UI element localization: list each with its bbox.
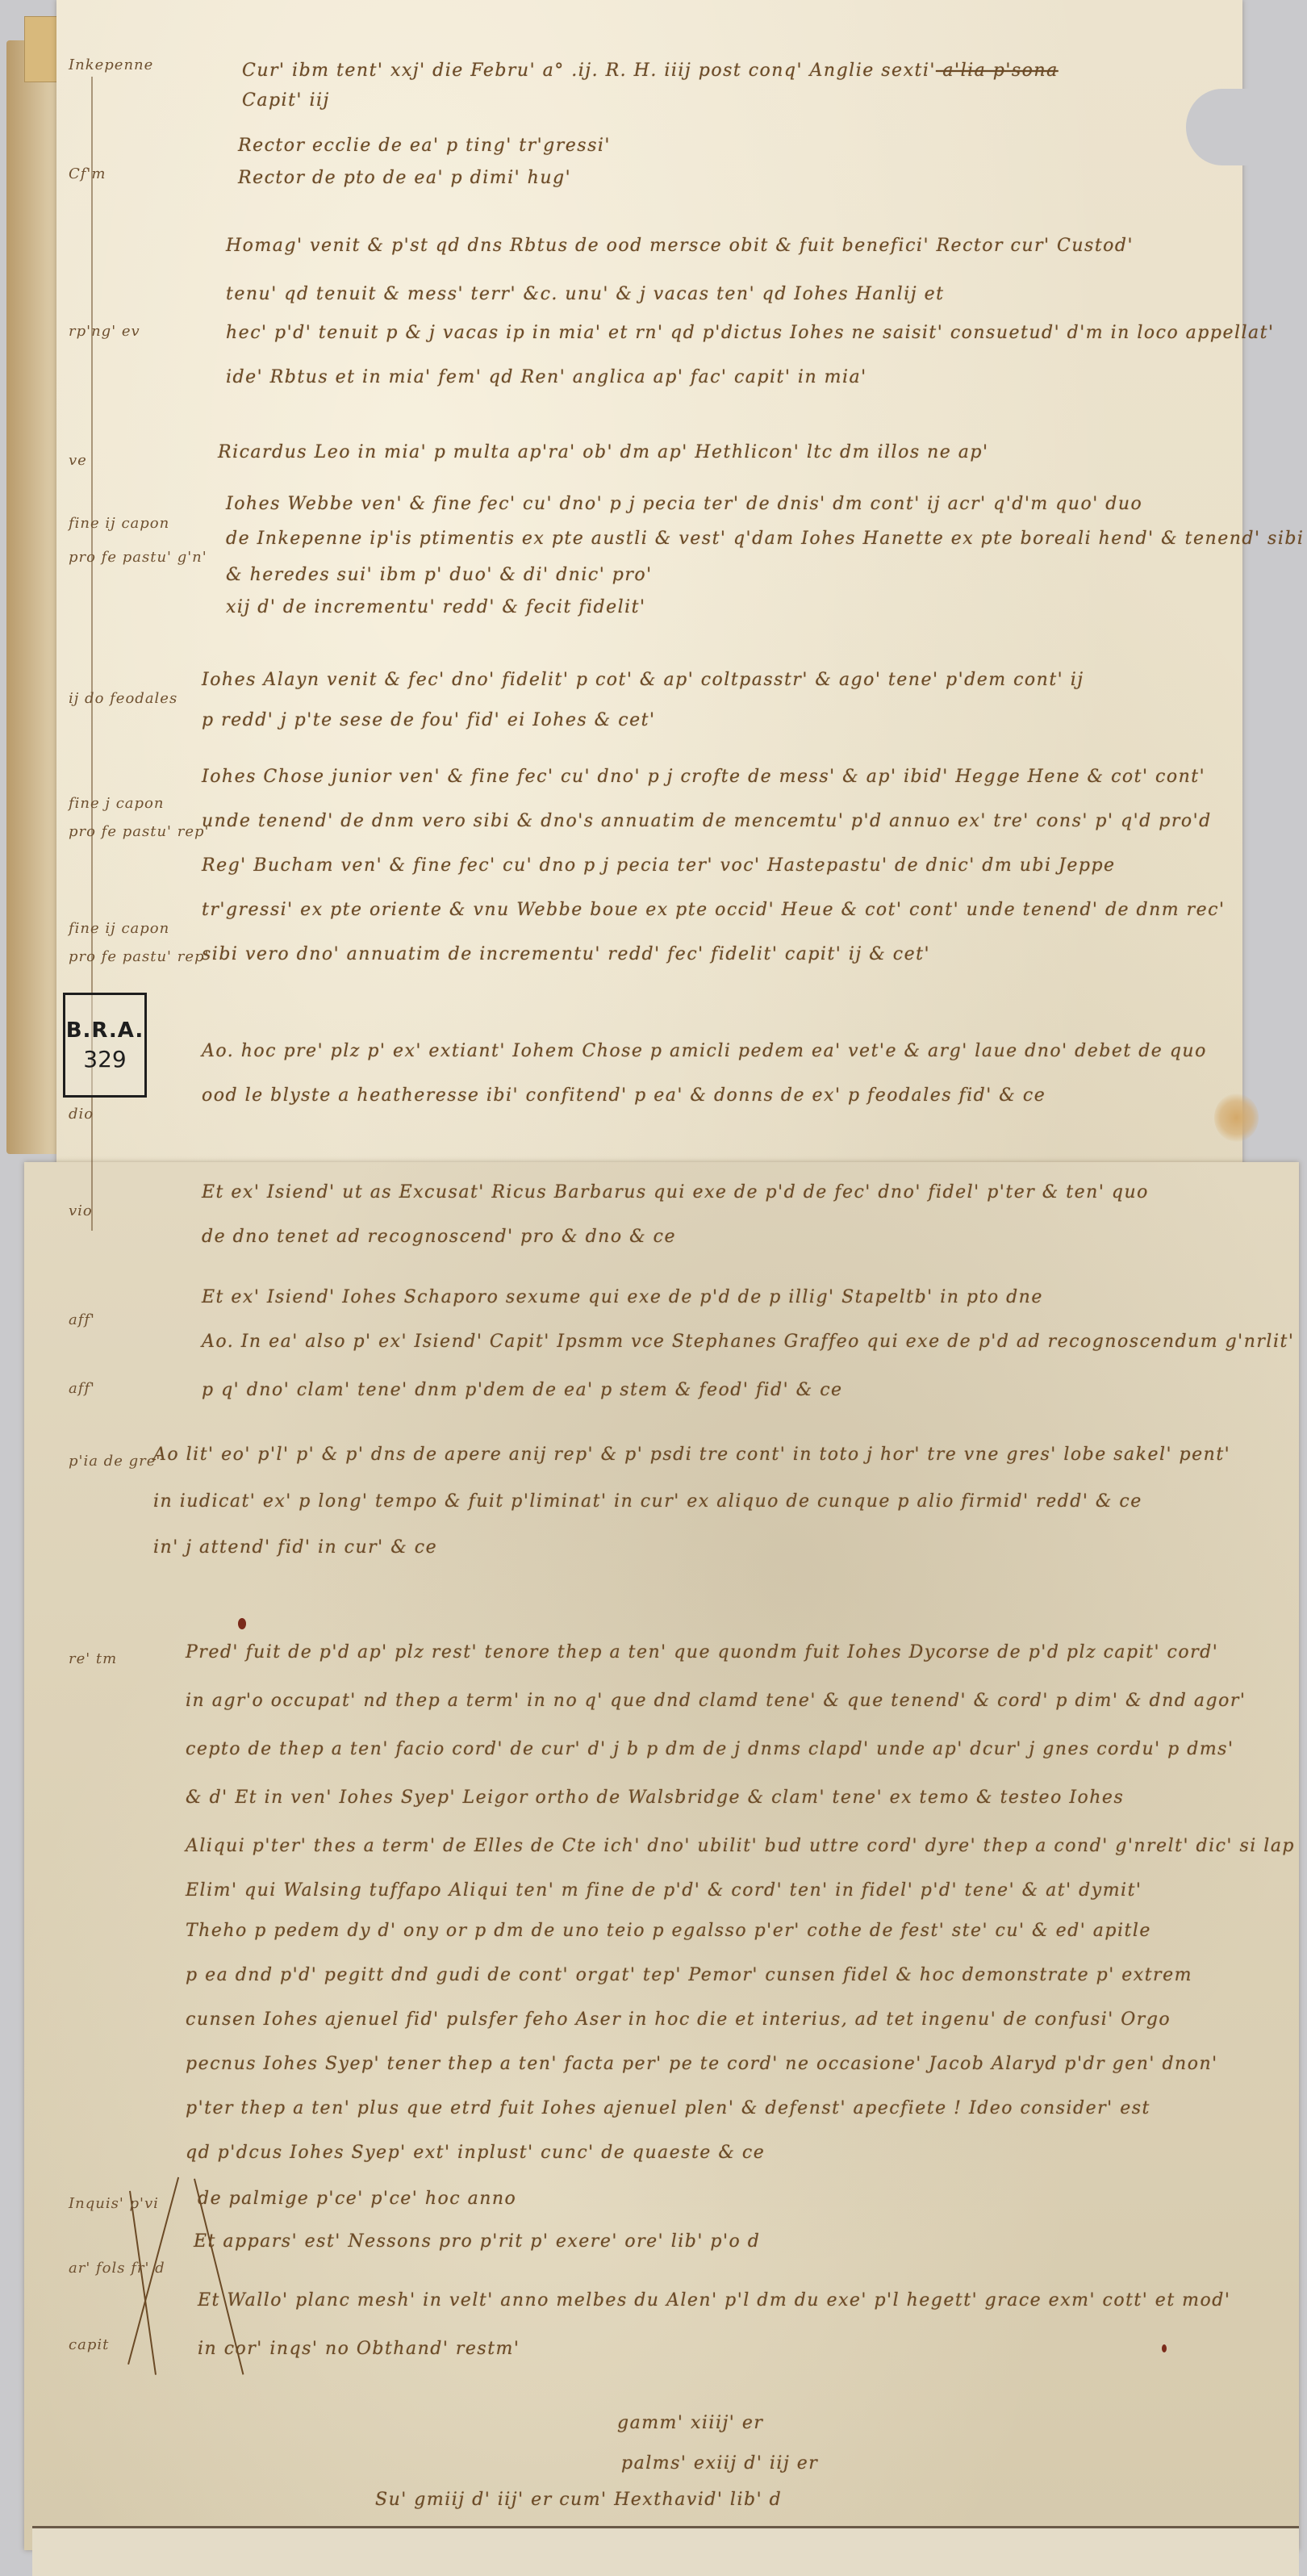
manuscript-line: Et ex' Isiend' ut as Excusat' Ricus Barb… bbox=[202, 1182, 1149, 1202]
manuscript-line: Iohes Chose junior ven' & fine fec' cu' … bbox=[202, 767, 1205, 787]
line-text: Ao. hoc pre' plz p' ex' extiant' Iohem C… bbox=[202, 1041, 1207, 1061]
margin-note: fine ij capon bbox=[69, 515, 169, 532]
manuscript-line: Rector ecclie de ea' p ting' tr'gressi' bbox=[238, 136, 611, 156]
margin-note: ij do feodales bbox=[69, 690, 177, 707]
manuscript-line: Ao lit' eo' p'l' p' & p' dns de apere an… bbox=[153, 1445, 1230, 1465]
manuscript-line: p ea dnd p'd' pegitt dnd gudi de cont' o… bbox=[186, 1965, 1192, 1985]
manuscript-line: qd p'dcus Iohes Syep' ext' inplust' cunc… bbox=[186, 2143, 765, 2163]
manuscript-line: xij d' de incrementu' redd' & fecit fide… bbox=[226, 597, 646, 617]
stain-spot bbox=[1214, 1094, 1259, 1142]
manuscript-line: in iudicat' ex' p long' tempo & fuit p'l… bbox=[153, 1491, 1142, 1512]
line-text: Capit' iij bbox=[242, 90, 330, 111]
manuscript-line: Iohes Alayn venit & fec' dno' fidelit' p… bbox=[202, 670, 1084, 690]
line-text: Et ex' Isiend' Iohes Schaporo sexume qui… bbox=[202, 1287, 1043, 1307]
manuscript-line: p'ter thep a ten' plus que etrd fuit Ioh… bbox=[186, 2098, 1150, 2118]
manuscript-line: p q' dno' clam' tene' dnm p'dem de ea' p… bbox=[202, 1380, 843, 1400]
margin-note: pro fe pastu' g'n' bbox=[69, 549, 207, 566]
line-text: Ricardus Leo in mia' p multa ap'ra' ob' … bbox=[218, 442, 989, 462]
line-text: Et Wallo' planc mesh' in velt' anno melb… bbox=[198, 2290, 1230, 2310]
manuscript-line: Elim' qui Walsing tuffapo Aliqui ten' m … bbox=[186, 1880, 1142, 1901]
line-text: de dno tenet ad recognoscend' pro & dno … bbox=[202, 1227, 676, 1247]
line-text: hec' p'd' tenuit p & j vacas ip in mia' … bbox=[226, 323, 1275, 343]
line-text: pecnus Iohes Syep' tener thep a ten' fac… bbox=[186, 2054, 1218, 2074]
manuscript-line: in' j attend' fid' in cur' & ce bbox=[153, 1537, 437, 1558]
line-text: de Inkepenne ip'is ptimentis ex pte aust… bbox=[226, 529, 1304, 549]
manuscript-line: tr'gressi' ex pte oriente & vnu Webbe bo… bbox=[202, 900, 1226, 920]
manuscript-line: Et appars' est' Nessons pro p'rit p' exe… bbox=[194, 2231, 760, 2252]
manuscript-line: Homag' venit & p'st qd dns Rbtus de ood … bbox=[226, 236, 1134, 256]
line-text: Et ex' Isiend' ut as Excusat' Ricus Barb… bbox=[202, 1182, 1149, 1202]
manuscript-line: pecnus Iohes Syep' tener thep a ten' fac… bbox=[186, 2054, 1218, 2074]
manuscript-line: Et Wallo' planc mesh' in velt' anno melb… bbox=[198, 2290, 1230, 2310]
line-text: Homag' venit & p'st qd dns Rbtus de ood … bbox=[226, 236, 1134, 256]
line-text: Ao. In ea' also p' ex' Isiend' Capit' Ip… bbox=[202, 1332, 1294, 1352]
line-text: cunsen Iohes ajenuel fid' pulsfer feho A… bbox=[186, 2009, 1171, 2030]
line-text: in' j attend' fid' in cur' & ce bbox=[153, 1537, 437, 1558]
line-text: Iohes Alayn venit & fec' dno' fidelit' p… bbox=[202, 670, 1084, 690]
margin-note: aff' bbox=[69, 1311, 95, 1328]
manuscript-line: Ao. hoc pre' plz p' ex' extiant' Iohem C… bbox=[202, 1041, 1207, 1061]
margin-note: Inquis' p'vi bbox=[69, 2195, 159, 2212]
line-text: p ea dnd p'd' pegitt dnd gudi de cont' o… bbox=[186, 1965, 1192, 1985]
line-text: & d' Et in ven' Iohes Syep' Leigor ortho… bbox=[186, 1788, 1124, 1808]
line-text: Iohes Webbe ven' & fine fec' cu' dno' p … bbox=[226, 494, 1142, 514]
line-text: gamm' xiiij' er bbox=[617, 2413, 763, 2433]
line-text: unde tenend' de dnm vero sibi & dno's an… bbox=[202, 811, 1212, 831]
margin-note: re' tm bbox=[69, 1650, 117, 1667]
manuscript-line: ide' Rbtus et in mia' fem' qd Ren' angli… bbox=[226, 367, 867, 387]
line-text: palms' exiij d' iij er bbox=[621, 2453, 818, 2474]
manuscript-line: sibi vero dno' annuatim de incrementu' r… bbox=[202, 944, 930, 964]
line-text: p q' dno' clam' tene' dnm p'dem de ea' p… bbox=[202, 1380, 843, 1400]
manuscript-line: gamm' xiiij' er bbox=[617, 2413, 763, 2433]
line-text: cepto de thep a ten' facio cord' de cur'… bbox=[186, 1739, 1234, 1759]
margin-note: ar' fols fr' d bbox=[69, 2260, 165, 2277]
manuscript-line: in agr'o occupat' nd thep a term' in no … bbox=[186, 1691, 1246, 1711]
margin-note: dio bbox=[69, 1106, 94, 1123]
line-text: in iudicat' ex' p long' tempo & fuit p'l… bbox=[153, 1491, 1142, 1512]
manuscript-line: Reg' Bucham ven' & fine fec' cu' dno p j… bbox=[202, 855, 1116, 876]
manuscript-line: cepto de thep a ten' facio cord' de cur'… bbox=[186, 1739, 1234, 1759]
line-text: sibi vero dno' annuatim de incrementu' r… bbox=[202, 944, 930, 964]
manuscript-line: Ao. In ea' also p' ex' Isiend' Capit' Ip… bbox=[202, 1332, 1294, 1352]
line-text: Cur' ibm tent' xxj' die Febru' a° .ij. R… bbox=[242, 61, 936, 81]
manuscript-line: de dno tenet ad recognoscend' pro & dno … bbox=[202, 1227, 676, 1247]
manuscript-line: Iohes Webbe ven' & fine fec' cu' dno' p … bbox=[226, 494, 1142, 514]
line-text: tenu' qd tenuit & mess' terr' &c. unu' &… bbox=[226, 284, 944, 304]
archive-stamp: B.R.A. 329 bbox=[63, 993, 147, 1098]
manuscript-line: in cor' inqs' no Obthand' restm' bbox=[198, 2339, 520, 2359]
line-text: de palmige p'ce' p'ce' hoc anno bbox=[198, 2189, 516, 2209]
manuscript-line: Et ex' Isiend' Iohes Schaporo sexume qui… bbox=[202, 1287, 1043, 1307]
margin-note: ve bbox=[69, 452, 87, 469]
margin-note: Inkepenne bbox=[69, 56, 153, 73]
stamp-collection: B.R.A. bbox=[66, 1018, 144, 1043]
manuscript-line: Capit' iij bbox=[242, 90, 330, 111]
manuscript-line: Su' gmiij d' iij' er cum' Hexthavid' lib… bbox=[375, 2490, 782, 2510]
manuscript-line: unde tenend' de dnm vero sibi & dno's an… bbox=[202, 811, 1212, 831]
line-text: Pred' fuit de p'd ap' plz rest' tenore t… bbox=[186, 1642, 1218, 1662]
line-text: Et appars' est' Nessons pro p'rit p' exe… bbox=[194, 2231, 760, 2252]
line-text: Reg' Bucham ven' & fine fec' cu' dno p j… bbox=[202, 855, 1116, 876]
line-text: Ao lit' eo' p'l' p' & p' dns de apere an… bbox=[153, 1445, 1230, 1465]
manuscript-line: palms' exiij d' iij er bbox=[621, 2453, 818, 2474]
manuscript-line: de palmige p'ce' p'ce' hoc anno bbox=[198, 2189, 516, 2209]
manuscript-line: Rector de pto de ea' p dimi' hug' bbox=[238, 168, 571, 188]
manuscript-line: & heredes sui' ibm p' duo' & di' dnic' p… bbox=[226, 565, 653, 585]
margin-note: rp'ng' ev bbox=[69, 323, 140, 340]
margin-note: pro fe pastu' rep' bbox=[69, 823, 209, 840]
manuscript-line: p redd' j p'te sese de fou' fid' ei Iohe… bbox=[202, 710, 656, 730]
margin-note: vio bbox=[69, 1202, 93, 1219]
line-text: tr'gressi' ex pte oriente & vnu Webbe bo… bbox=[202, 900, 1226, 920]
line-text: Theho p pedem dy d' ony or p dm de uno t… bbox=[186, 1921, 1151, 1941]
manuscript-line: Pred' fuit de p'd ap' plz rest' tenore t… bbox=[186, 1642, 1218, 1662]
struck-text: a'lia p'sona bbox=[936, 61, 1059, 81]
line-text: Iohes Chose junior ven' & fine fec' cu' … bbox=[202, 767, 1205, 787]
line-text: Su' gmiij d' iij' er cum' Hexthavid' lib… bbox=[375, 2490, 782, 2510]
line-text: in agr'o occupat' nd thep a term' in no … bbox=[186, 1691, 1246, 1711]
torn-edge bbox=[1186, 89, 1259, 165]
line-text: Rector ecclie de ea' p ting' tr'gressi' bbox=[238, 136, 611, 156]
manuscript-line: Ricardus Leo in mia' p multa ap'ra' ob' … bbox=[218, 442, 989, 462]
manuscript-line: hec' p'd' tenuit p & j vacas ip in mia' … bbox=[226, 323, 1275, 343]
stamp-number: 329 bbox=[83, 1046, 126, 1073]
ink-blot bbox=[238, 1618, 246, 1629]
line-text: ide' Rbtus et in mia' fem' qd Ren' angli… bbox=[226, 367, 867, 387]
manuscript-line: ood le blyste a heatheresse ibi' confite… bbox=[202, 1085, 1046, 1106]
line-text: p redd' j p'te sese de fou' fid' ei Iohe… bbox=[202, 710, 656, 730]
manuscript-line: Cur' ibm tent' xxj' die Febru' a° .ij. R… bbox=[242, 61, 1059, 81]
line-text: Rector de pto de ea' p dimi' hug' bbox=[238, 168, 571, 188]
manuscript-line: & d' Et in ven' Iohes Syep' Leigor ortho… bbox=[186, 1788, 1124, 1808]
margin-note: capit bbox=[69, 2336, 109, 2353]
margin-note: fine j capon bbox=[69, 795, 164, 812]
ink-blot bbox=[1162, 2344, 1167, 2352]
manuscript-line: cunsen Iohes ajenuel fid' pulsfer feho A… bbox=[186, 2009, 1171, 2030]
line-text: in cor' inqs' no Obthand' restm' bbox=[198, 2339, 520, 2359]
margin-note: aff' bbox=[69, 1380, 95, 1397]
line-text: xij d' de incrementu' redd' & fecit fide… bbox=[226, 597, 646, 617]
manuscript-line: Theho p pedem dy d' ony or p dm de uno t… bbox=[186, 1921, 1151, 1941]
line-text: qd p'dcus Iohes Syep' ext' inplust' cunc… bbox=[186, 2143, 765, 2163]
manuscript-line: de Inkepenne ip'is ptimentis ex pte aust… bbox=[226, 529, 1304, 549]
line-text: Aliqui p'ter' thes a term' de Elles de C… bbox=[186, 1836, 1295, 1856]
line-text: & heredes sui' ibm p' duo' & di' dnic' p… bbox=[226, 565, 653, 585]
manuscript-line: Aliqui p'ter' thes a term' de Elles de C… bbox=[186, 1836, 1295, 1856]
margin-note: fine ij capon bbox=[69, 920, 169, 937]
next-membrane-edge bbox=[32, 2528, 1299, 2576]
line-text: p'ter thep a ten' plus que etrd fuit Ioh… bbox=[186, 2098, 1150, 2118]
margin-note: p'ia de gre' bbox=[69, 1453, 161, 1470]
line-text: Elim' qui Walsing tuffapo Aliqui ten' m … bbox=[186, 1880, 1142, 1901]
manuscript-line: tenu' qd tenuit & mess' terr' &c. unu' &… bbox=[226, 284, 944, 304]
margin-note: Cf'm bbox=[69, 165, 106, 182]
line-text: ood le blyste a heatheresse ibi' confite… bbox=[202, 1085, 1046, 1106]
margin-note: pro fe pastu' rep' bbox=[69, 948, 209, 965]
